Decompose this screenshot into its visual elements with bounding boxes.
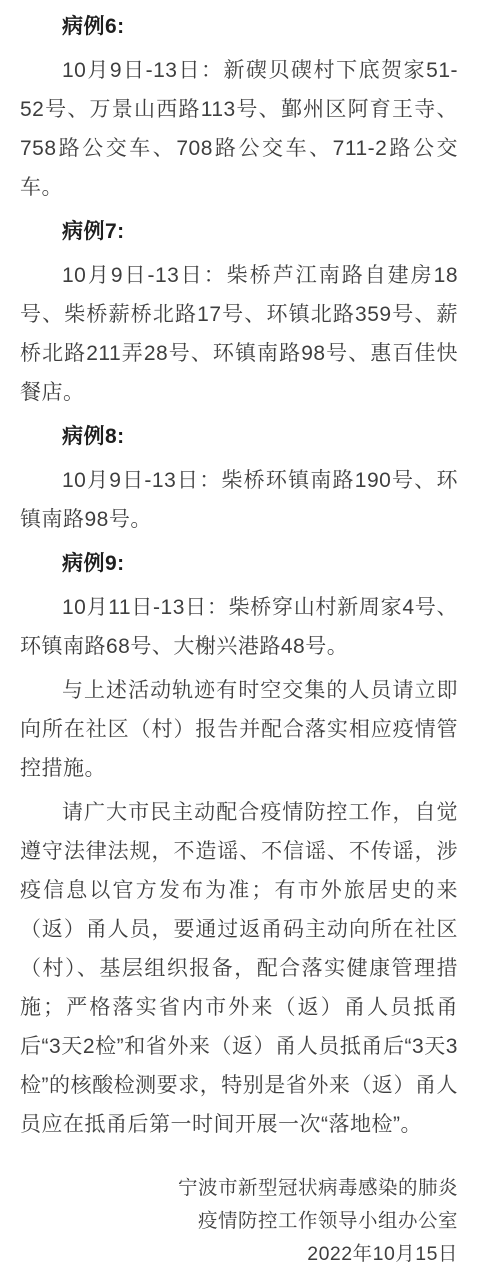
case-9-heading: 病例9: xyxy=(20,544,458,583)
notice-paragraph-report: 与上述活动轨迹有时空交集的人员请立即向所在社区（村）报告并配合落实相应疫情管控措… xyxy=(20,671,458,788)
notice-paragraph-guidance: 请广大市民主动配合疫情防控工作，自觉遵守法律法规，不造谣、不信谣、不传谣，涉疫信… xyxy=(20,793,458,1144)
case-6-heading: 病例6: xyxy=(20,7,458,46)
case-6-trajectory: 10月9日-13日：新碶贝碶村下底贺家51-52号、万景山西路113号、鄞州区阿… xyxy=(20,51,458,207)
signature-block: 宁波市新型冠状病毒感染的肺炎 疫情防控工作领导小组办公室 2022年10月15日 xyxy=(20,1172,458,1271)
signature-org-line-1: 宁波市新型冠状病毒感染的肺炎 xyxy=(20,1172,458,1205)
case-8-trajectory: 10月9日-13日：柴桥环镇南路190号、环镇南路98号。 xyxy=(20,461,458,539)
signature-date: 2022年10月15日 xyxy=(20,1238,458,1271)
case-7-trajectory: 10月9日-13日：柴桥芦江南路自建房18号、柴桥薪桥北路17号、环镇北路359… xyxy=(20,256,458,412)
notice-article: 病例6: 10月9日-13日：新碶贝碶村下底贺家51-52号、万景山西路113号… xyxy=(0,0,478,1271)
case-7-heading: 病例7: xyxy=(20,212,458,251)
case-8-heading: 病例8: xyxy=(20,417,458,456)
case-9-trajectory: 10月11日-13日：柴桥穿山村新周家4号、环镇南路68号、大榭兴港路48号。 xyxy=(20,588,458,666)
signature-org-line-2: 疫情防控工作领导小组办公室 xyxy=(20,1205,458,1238)
